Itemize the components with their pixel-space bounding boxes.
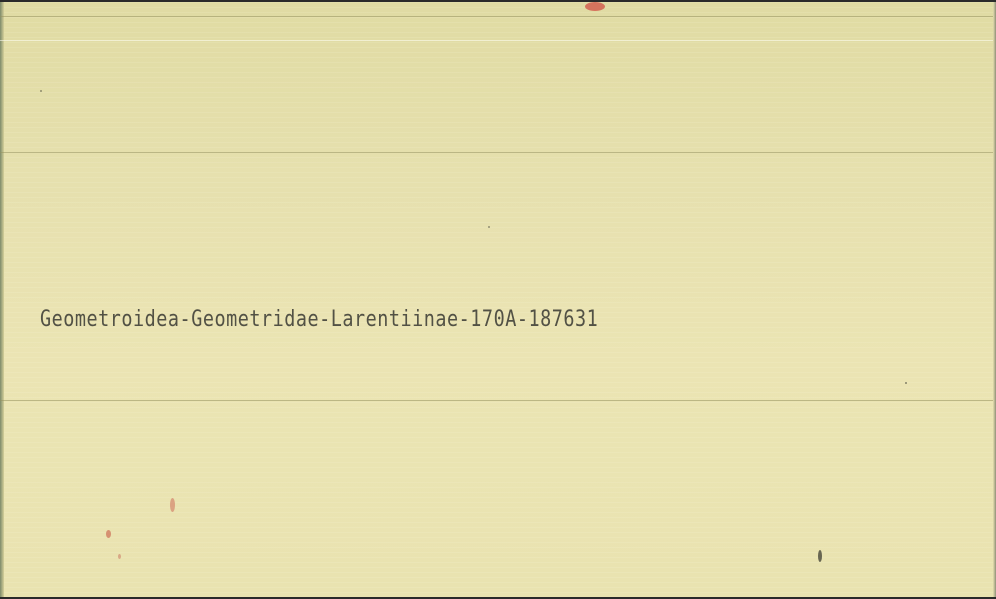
stain-mark — [585, 2, 605, 11]
card-rule-line — [0, 40, 996, 41]
card-rule-line — [0, 16, 996, 17]
ink-speck — [40, 90, 42, 92]
card-rule-line — [0, 400, 996, 401]
card-rule-line — [0, 152, 996, 153]
stain-mark — [106, 530, 111, 538]
card-caption: Geometroidea-Geometridae-Larentiinae-170… — [40, 307, 598, 332]
stain-mark — [170, 498, 175, 512]
ink-speck — [905, 382, 907, 384]
ink-speck — [488, 226, 490, 228]
stain-mark — [118, 554, 121, 559]
index-card: Geometroidea-Geometridae-Larentiinae-170… — [0, 2, 996, 597]
ink-speck — [818, 550, 822, 562]
